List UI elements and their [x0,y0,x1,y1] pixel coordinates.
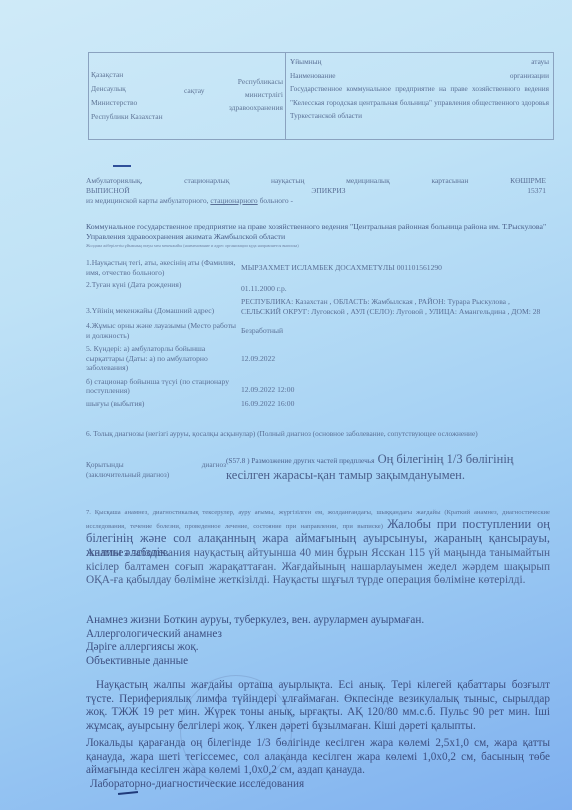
header-box: Қазақстан Денсаулық Министерство Республ… [88,52,554,140]
objective-data: Науқастың жалпы жағдайы орташа ауырлықта… [86,679,550,733]
ministry-line: министрлігі [245,90,283,99]
title-word: картасынан [431,176,468,186]
field-discharge-date: шығуы (выбытия) 16.09.2022 16:00 [86,399,550,409]
field-value: 12.09.2022 12:00 [241,385,550,396]
title-word: науқастың [271,176,304,186]
ministry-line: здравоохранения [229,103,283,112]
diagnosis-code: (S57.8 ) Размозжение других частей предп… [226,456,374,465]
organization-block: Ұйымның атауы Наименование организации Г… [286,53,553,139]
ministry-line: Республикасы [238,77,283,86]
local-status: Локальды қарағанда оң білегінде 1/3 бөлі… [86,737,550,778]
org-name: Государственное коммунальное предприятие… [290,82,549,123]
field-workplace: 4.Жұмыс орны және лауазымы (Место работы… [86,321,550,340]
diagnosis-heading: 6. Толық диагнозы (негізгі ауруы, қосалқ… [86,429,550,439]
org-label-kz: Ұйымның [290,55,321,69]
field-address: 3.Үйінің мекенжайы (Домашний адрес) РЕСП… [86,297,550,317]
field-label: 2.Туған күні (Дата рождения) [86,280,241,294]
title-word: ВЫПИСНОЙ [86,186,130,196]
field-label: б) стационар бойынша түсуі (по стационар… [86,377,241,396]
field-value: 12.09.2022 [241,354,550,373]
ministry-block: Қазақстан Денсаулық Министерство Республ… [89,53,286,139]
org-label-ru: Наименование [290,69,335,83]
field-label: 5. Күндері: а) амбулаторлы бойынша сырқа… [86,344,241,373]
ministry-line: Денсаулық [91,84,126,93]
objective-heading: Объективные данные [86,655,550,669]
field-label: шығуы (выбытия) [86,399,241,409]
title-word: стационарлық [184,176,229,186]
patient-fields: 1.Науқастың тегі, аты, әкесінің аты (Фам… [86,258,550,412]
field-outpatient-date: 5. Күндері: а) амбулаторлы бойынша сырқа… [86,344,550,373]
org-label-ru-right: организации [510,69,549,83]
ministry-line: Республики Казахстан [91,112,163,121]
ministry-line: сақтау [184,86,204,95]
title-word: медициналық [346,176,390,186]
field-label: 3.Үйінің мекенжайы (Домашний адрес) [86,306,241,317]
title-epicrisis: ЭПИКРИЗ [311,186,345,196]
field-value: 16.09.2022 16:00 [241,399,550,409]
field-value: МЫРЗАХМЕТ ИСЛАМБЕК ДОСАХМЕТҰЛЫ 001101561… [241,263,550,277]
life-anamnesis-block: Анамнез жизни Боткин ауруы, туберкулез, … [86,614,550,668]
destination-organization: Коммунальное государственное предприятие… [86,222,550,251]
field-name: 1.Науқастың тегі, аты, әкесінің аты (Фам… [86,258,550,277]
field-label: 4.Жұмыс орны және лауазымы (Место работы… [86,321,241,340]
field-value: 01.11.2000 г.р. [241,284,550,294]
life-anamnesis: Анамнез жизни Боткин ауруы, туберкулез, … [86,614,550,628]
destination-org-name: Коммунальное государственное предприятие… [86,222,550,241]
final-diagnosis-label: Қорытынды диагноз (заключительный диагно… [86,460,226,482]
field-birthdate: 2.Туған күні (Дата рождения) 01.11.2000 … [86,280,550,294]
pen-mark [113,165,131,167]
document-number: 15371 [527,186,546,196]
allergy-value: Дәріге аллергиясы жоқ. [86,641,550,655]
diagnosis-label-part: диагноз [202,460,226,470]
title-word: Амбулаториялық, [86,176,142,186]
document-title: Амбулаториялық, стационарлық науқастың м… [86,176,546,206]
disease-anamnesis: Анамнез заболевания науқастың айтуынша 4… [86,547,550,588]
document-page: Қазақстан Денсаулық Министерство Республ… [0,0,572,810]
title-subtitle-end: больного - [258,196,293,205]
title-word: КӨШІРМЕ [510,176,546,186]
ministry-line: Министерство [91,98,137,107]
lab-heading: Лабораторно-диагностические исследования [90,778,304,790]
title-subtitle-underlined: стационарного [210,196,257,205]
diagnosis-label-ru: (заключительный диагноз) [86,470,226,480]
diagnosis-block: Қорытынды диагноз (заключительный диагно… [86,452,550,482]
title-subtitle: из медицинской карты амбулаторного, [86,196,210,205]
diagnosis-label-part: Қорытынды [86,460,124,470]
final-diagnosis-value: (S57.8 ) Размозжение других частей предп… [226,452,550,482]
allergy-heading: Аллергологический анамнез [86,628,550,642]
field-admission-date: б) стационар бойынша түсуі (по стационар… [86,377,550,396]
pen-mark [118,791,138,795]
org-label-kz-right: атауы [531,55,549,69]
ministry-line: Қазақстан [91,70,123,79]
field-value: РЕСПУБЛИКА: Казахстан , ОБЛАСТЬ: Жамбылс… [241,297,550,317]
destination-org-note: Жолдама жіберілетін ұйымның атауы мен ме… [86,241,550,251]
field-value: Безработный [241,326,550,340]
field-label: 1.Науқастың тегі, аты, әкесінің аты (Фам… [86,258,241,277]
